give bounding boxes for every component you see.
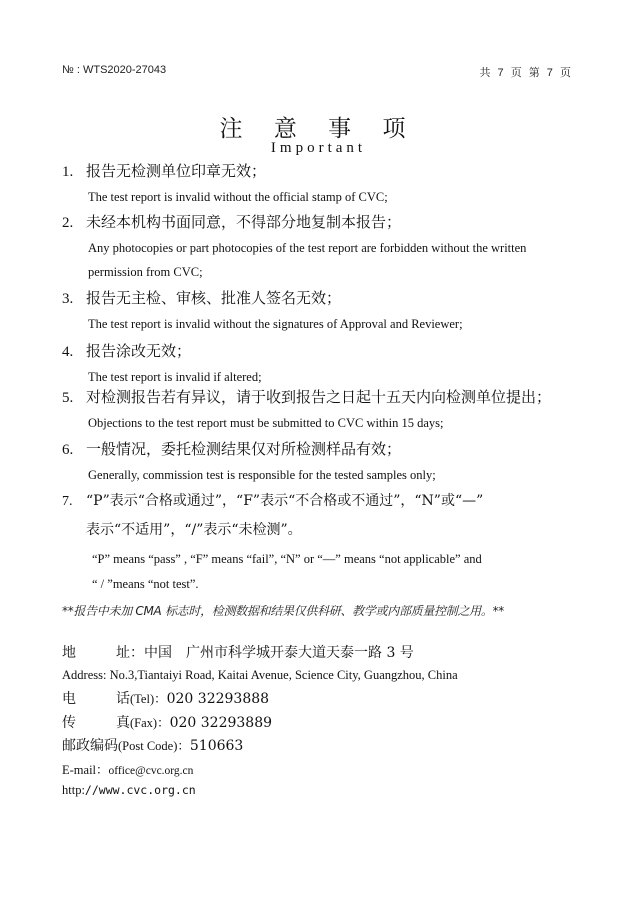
website-url: //www.cvc.org.cn: [85, 783, 196, 797]
notice-item-6-cn: 6.一般情况，委托检测结果仅对所检测样品有效；: [62, 438, 401, 459]
page-title: 注 意 事 项: [0, 110, 637, 143]
website-row: http://www.cvc.org.cn: [62, 783, 196, 798]
email-address: office@cvc.org.cn: [109, 765, 194, 777]
page-info: 共 7 页 第 7 页: [479, 64, 573, 80]
notice-item-2-en-line2: permission from CVC;: [88, 265, 203, 280]
cma-note: **报告中未加 CMA 标志时，检测数据和结果仅供科研、教学或内部质量控制之用。…: [62, 602, 504, 619]
notice-item-4-cn: 4.报告涂改无效；: [62, 340, 191, 361]
notice-item-6-en: Generally, commission test is responsibl…: [88, 468, 436, 483]
notice-item-4-en: The test report is invalid if altered;: [88, 370, 262, 385]
email-row: E-mail：office@cvc.org.cn: [62, 760, 193, 778]
fax-number: 020 32293889: [170, 715, 272, 731]
post-code-row: 邮政编码(Post Code)：510663: [62, 735, 243, 755]
notice-item-1-cn: 1.报告无检测单位印章无效；: [62, 160, 266, 181]
notice-item-2-cn: 2.未经本机构书面同意，不得部分地复制本报告；: [62, 211, 401, 232]
notice-item-7-en-line1: “P” means “pass” , “F” means “fail”, “N”…: [92, 552, 482, 567]
notice-item-5-cn: 5.对检测报告若有异议，请于收到报告之日起十五天内向检测单位提出；: [62, 386, 551, 407]
notice-item-2-en-line1: Any photocopies or part photocopies of t…: [88, 241, 526, 256]
notice-item-7-cn-line2: 表示“不适用”，“/”表示“未检测”。: [86, 519, 302, 539]
address-cn-row: 地址：中国 广州市科学城开泰大道天泰一路 3 号: [62, 642, 414, 662]
notice-item-7-cn-line1: 7.“P”表示“合格或通过”，“F”表示“不合格或不通过”，“N”或“—”: [62, 490, 483, 510]
report-number: № : WTS2020-27043: [62, 64, 166, 76]
tel-row: 电话(Tel)：020 32293888: [62, 688, 269, 708]
notice-item-3-cn: 3.报告无主检、审核、批准人签名无效；: [62, 287, 341, 308]
page-subtitle: Important: [0, 140, 637, 157]
notice-item-5-en: Objections to the test report must be su…: [88, 416, 444, 431]
notice-item-3-en: The test report is invalid without the s…: [88, 317, 463, 332]
tel-number: 020 32293888: [167, 691, 269, 707]
address-en: Address: No.3,Tiantaiyi Road, Kaitai Ave…: [62, 668, 458, 683]
notice-item-7-en-line2: “ / ”means “not test”.: [92, 577, 199, 592]
notice-item-1-en: The test report is invalid without the o…: [88, 190, 388, 205]
post-code: 510663: [190, 738, 243, 754]
address-cn: 中国 广州市科学城开泰大道天泰一路 3 号: [144, 645, 414, 661]
fax-row: 传真(Fax)：020 32293889: [62, 712, 272, 732]
